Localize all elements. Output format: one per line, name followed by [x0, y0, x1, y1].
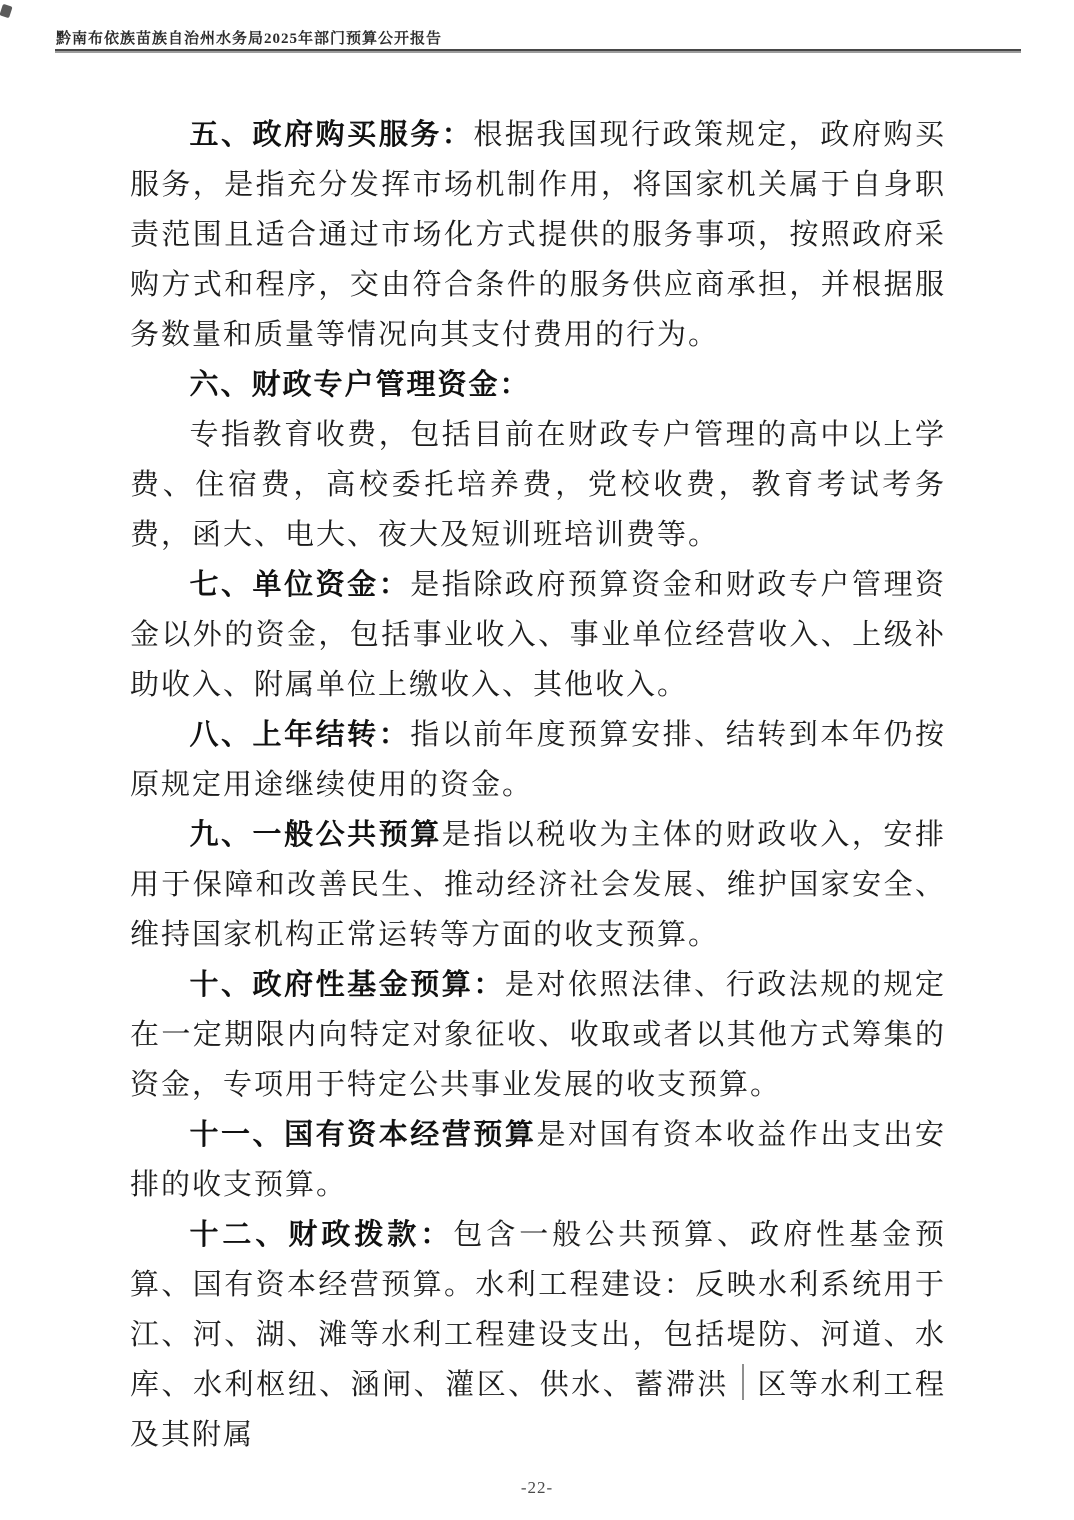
section-heading: 七、单位资金： [189, 569, 410, 601]
section-heading: 十二、财政拨款： [189, 1219, 453, 1251]
paragraph-text: 专指教育收费，包括目前在财政专户管理的高中以上学费、住宿费，高校委托培养费，党校… [130, 419, 946, 551]
section-heading: 六、财政专户管理资金： [189, 369, 530, 401]
page-footer: -22- [0, 1478, 1074, 1498]
paragraph-education-fees: 专指教育收费，包括目前在财政专户管理的高中以上学费、住宿费，高校委托培养费，党校… [130, 410, 946, 560]
section-heading: 十一、国有资本经营预算 [189, 1119, 536, 1151]
paragraph-6-fiscal-account-funds: 六、财政专户管理资金： [130, 360, 946, 410]
page-number: -22- [521, 1478, 553, 1497]
paragraph-10-gov-fund-budget: 十、政府性基金预算：是对依照法律、行政法规的规定在一定期限内向特定对象征收、收取… [130, 960, 946, 1110]
paragraph-text: 根据我国现行政策规定，政府购买服务，是指充分发挥市场机制作用，将国家机关属于自身… [130, 119, 946, 351]
paragraph-9-general-public-budget: 九、一般公共预算是指以税收为主体的财政收入，安排用于保障和改善民生、推动经济社会… [130, 810, 946, 960]
section-heading: 五、政府购买服务： [189, 119, 473, 151]
paragraph-5-gov-purchase: 五、政府购买服务：根据我国现行政策规定，政府购买服务，是指充分发挥市场机制作用，… [130, 110, 946, 360]
document-body: 五、政府购买服务：根据我国现行政策规定，政府购买服务，是指充分发挥市场机制作用，… [130, 110, 946, 1460]
document-page: 黔南布依族苗族自治州水务局2025年部门预算公开报告 五、政府购买服务：根据我国… [0, 0, 1074, 1520]
section-heading: 八、上年结转： [189, 719, 410, 751]
text-cursor-bar [742, 1364, 744, 1400]
section-heading: 九、一般公共预算 [189, 819, 441, 851]
paragraph-7-unit-funds: 七、单位资金：是指除政府预算资金和财政专户管理资金以外的资金，包括事业收入、事业… [130, 560, 946, 710]
paragraph-11-state-capital-budget: 十一、国有资本经营预算是对国有资本收益作出支出安排的收支预算。 [130, 1110, 946, 1210]
paragraph-8-carryover: 八、上年结转：指以前年度预算安排、结转到本年仍按原规定用途继续使用的资金。 [130, 710, 946, 810]
header-title: 黔南布依族苗族自治州水务局2025年部门预算公开报告 [56, 27, 442, 48]
header-rule [55, 49, 1021, 51]
section-heading: 十、政府性基金预算： [189, 969, 504, 1001]
paragraph-12-fiscal-appropriation: 十二、财政拨款：包含一般公共预算、政府性基金预算、国有资本经营预算。水利工程建设… [130, 1210, 946, 1460]
scan-artifact [0, 4, 13, 19]
